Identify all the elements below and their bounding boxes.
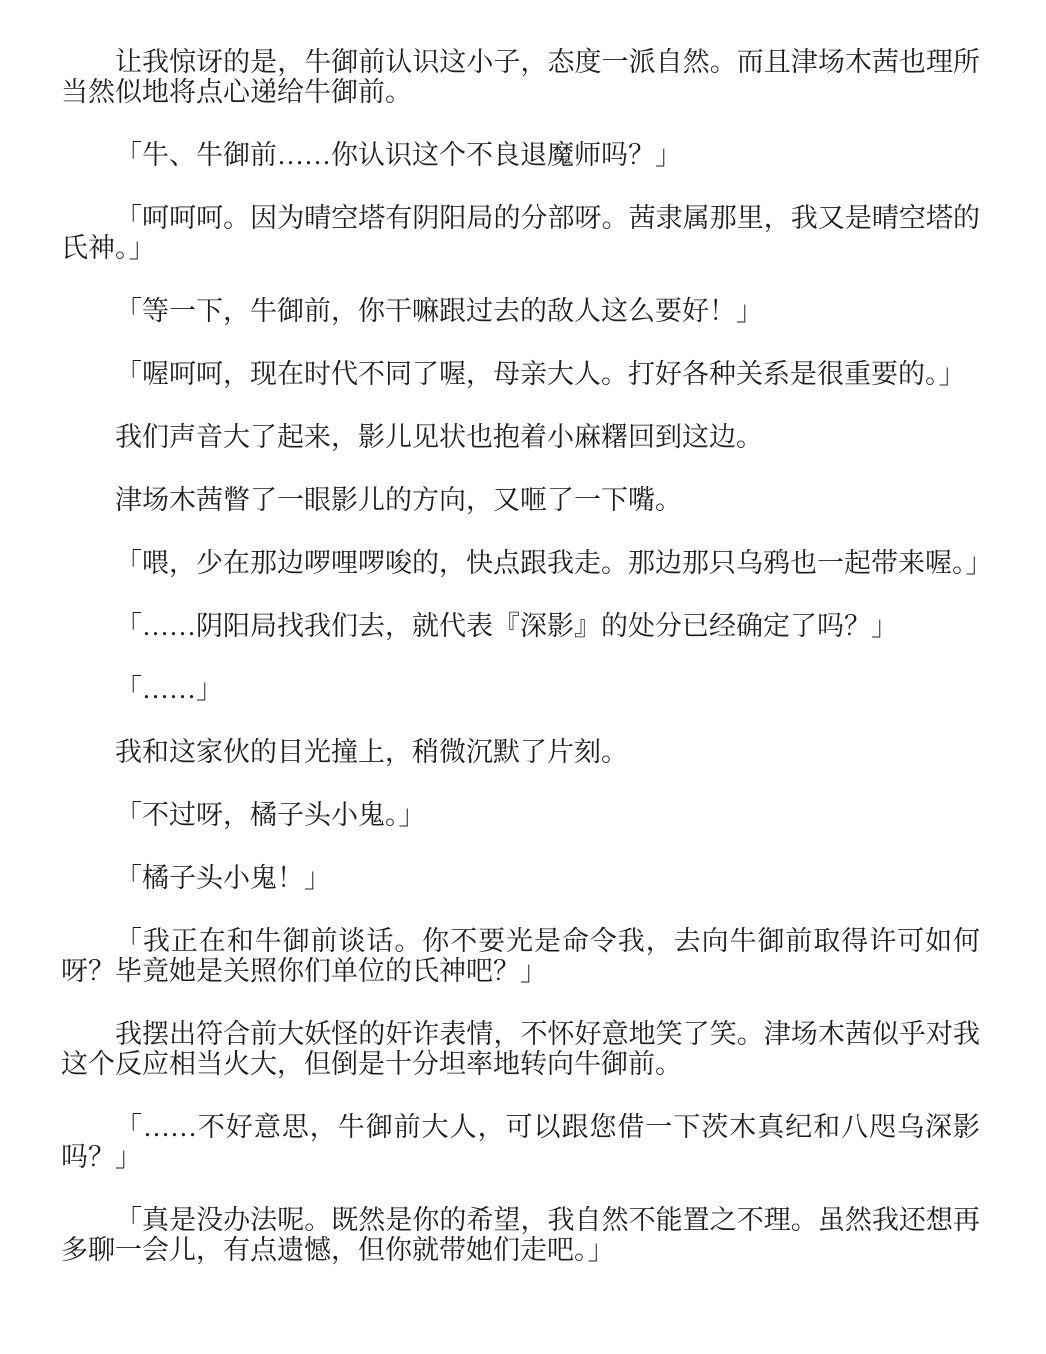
novel-page: 让我惊讶的是，牛御前认识这小子，态度一派自然。而且津场木茜也理所当然似地将点心递… xyxy=(0,0,1046,1354)
paragraph: 「等一下，牛御前，你干嘛跟过去的敌人这么要好！」 xyxy=(61,296,980,326)
paragraph: 我们声音大了起来，影儿见状也抱着小麻糬回到这边。 xyxy=(61,422,980,452)
paragraph: 「橘子头小鬼！」 xyxy=(61,863,980,893)
paragraph: 「喂，少在那边啰哩啰唆的，快点跟我走。那边那只乌鸦也一起带来喔。」 xyxy=(61,548,980,578)
paragraph: 我摆出符合前大妖怪的奸诈表情，不怀好意地笑了笑。津场木茜似乎对我这个反应相当火大… xyxy=(61,1019,980,1079)
paragraph: 「喔呵呵，现在时代不同了喔，母亲大人。打好各种关系是很重要的。」 xyxy=(61,359,980,389)
paragraph: 津场木茜瞥了一眼影儿的方向，又咂了一下嘴。 xyxy=(61,485,980,515)
paragraph: 我和这家伙的目光撞上，稍微沉默了片刻。 xyxy=(61,737,980,767)
page-body: 让我惊讶的是，牛御前认识这小子，态度一派自然。而且津场木茜也理所当然似地将点心递… xyxy=(61,47,980,1265)
paragraph: 「……」 xyxy=(61,674,980,704)
paragraph: 「我正在和牛御前谈话。你不要光是命令我，去向牛御前取得许可如何呀？毕竟她是关照你… xyxy=(61,926,980,986)
paragraph: 「……阴阳局找我们去，就代表『深影』的处分已经确定了吗？」 xyxy=(61,611,980,641)
paragraph: 「……不好意思，牛御前大人，可以跟您借一下茨木真纪和八咫乌深影吗？」 xyxy=(61,1112,980,1172)
paragraph: 「牛、牛御前……你认识这个不良退魔师吗？」 xyxy=(61,140,980,170)
paragraph: 「呵呵呵。因为晴空塔有阴阳局的分部呀。茜隶属那里，我又是晴空塔的氏神。」 xyxy=(61,203,980,263)
paragraph: 让我惊讶的是，牛御前认识这小子，态度一派自然。而且津场木茜也理所当然似地将点心递… xyxy=(61,47,980,107)
paragraph: 「真是没办法呢。既然是你的希望，我自然不能置之不理。虽然我还想再多聊一会儿，有点… xyxy=(61,1205,980,1265)
paragraph: 「不过呀，橘子头小鬼。」 xyxy=(61,800,980,830)
